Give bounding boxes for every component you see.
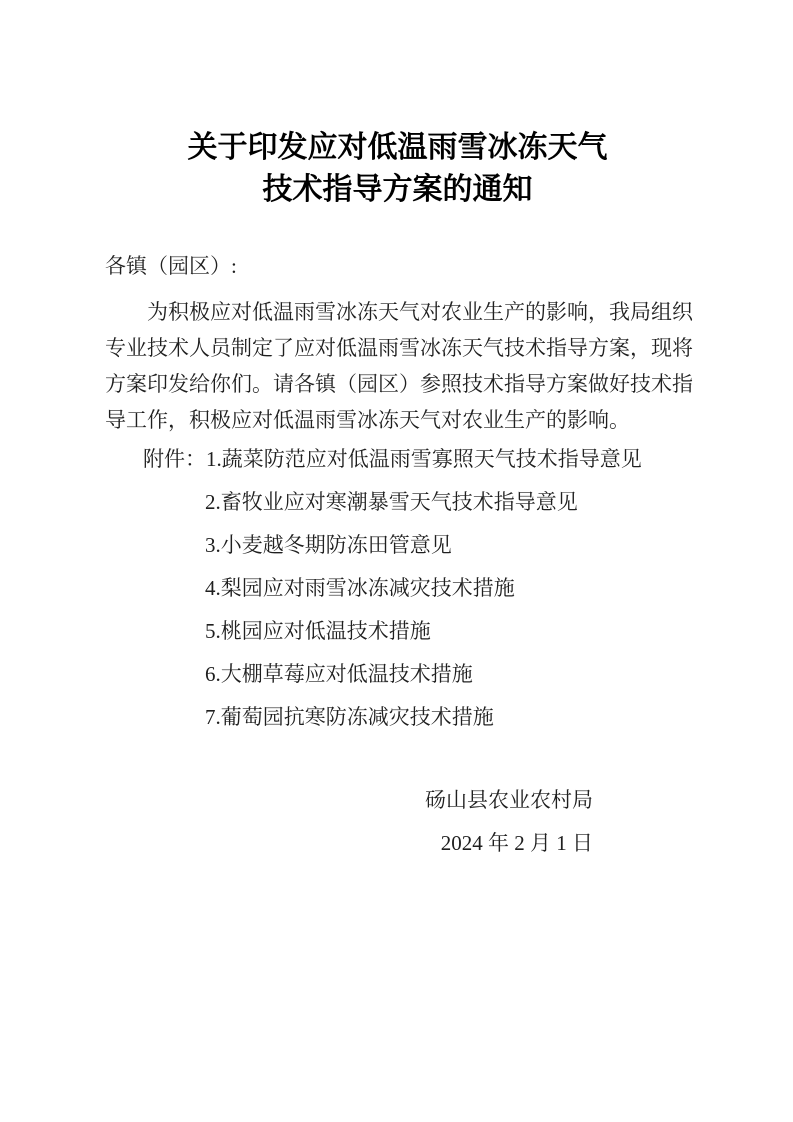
attachment-item-4: 4.梨园应对雨雪冰冻减灾技术措施	[205, 567, 690, 610]
attachment-row-1: 附件：1.蔬菜防范应对低温雨雪寡照天气技术指导意见	[143, 438, 690, 481]
body-line-4: 导工作，积极应对低温雨雪冰冻天气对农业生产的影响。	[105, 402, 690, 438]
signature-date: 2024 年 2 月 1 日	[105, 822, 593, 865]
body-paragraph: 为积极应对低温雨雪冰冻天气对农业生产的影响，我局组织 专业技术人员制定了应对低温…	[105, 294, 690, 438]
attachments-label: 附件：	[143, 447, 206, 471]
title-line-1: 关于印发应对低温雨雪冰冻天气	[105, 127, 690, 169]
body-line-1: 为积极应对低温雨雪冰冻天气对农业生产的影响，我局组织	[105, 294, 690, 330]
signature-block: 砀山县农业农村局 2024 年 2 月 1 日	[105, 779, 690, 865]
attachment-item-3: 3.小麦越冬期防冻田管意见	[205, 524, 690, 567]
attachment-item-7: 7.葡萄园抗寒防冻减灾技术措施	[205, 696, 690, 739]
title-line-2: 技术指导方案的通知	[105, 169, 690, 211]
body-line-2: 专业技术人员制定了应对低温雨雪冰冻天气技术指导方案，现将	[105, 330, 690, 366]
body-line-3: 方案印发给你们。请各镇（园区）参照技术指导方案做好技术指	[105, 366, 690, 402]
attachment-item-5: 5.桃园应对低温技术措施	[205, 610, 690, 653]
attachment-item-6: 6.大棚草莓应对低温技术措施	[205, 653, 690, 696]
document-page: 关于印发应对低温雨雪冰冻天气 技术指导方案的通知 各镇（园区）: 为积极应对低温…	[0, 0, 793, 1122]
attachment-item-2: 2.畜牧业应对寒潮暴雪天气技术指导意见	[205, 481, 690, 524]
attachments-list: 附件：1.蔬菜防范应对低温雨雪寡照天气技术指导意见 2.畜牧业应对寒潮暴雪天气技…	[143, 438, 690, 739]
salutation: 各镇（园区）:	[105, 247, 690, 285]
signature-org: 砀山县农业农村局	[105, 779, 593, 822]
document-title: 关于印发应对低温雨雪冰冻天气 技术指导方案的通知	[105, 127, 690, 211]
attachment-item-1: 1.蔬菜防范应对低温雨雪寡照天气技术指导意见	[206, 447, 642, 471]
